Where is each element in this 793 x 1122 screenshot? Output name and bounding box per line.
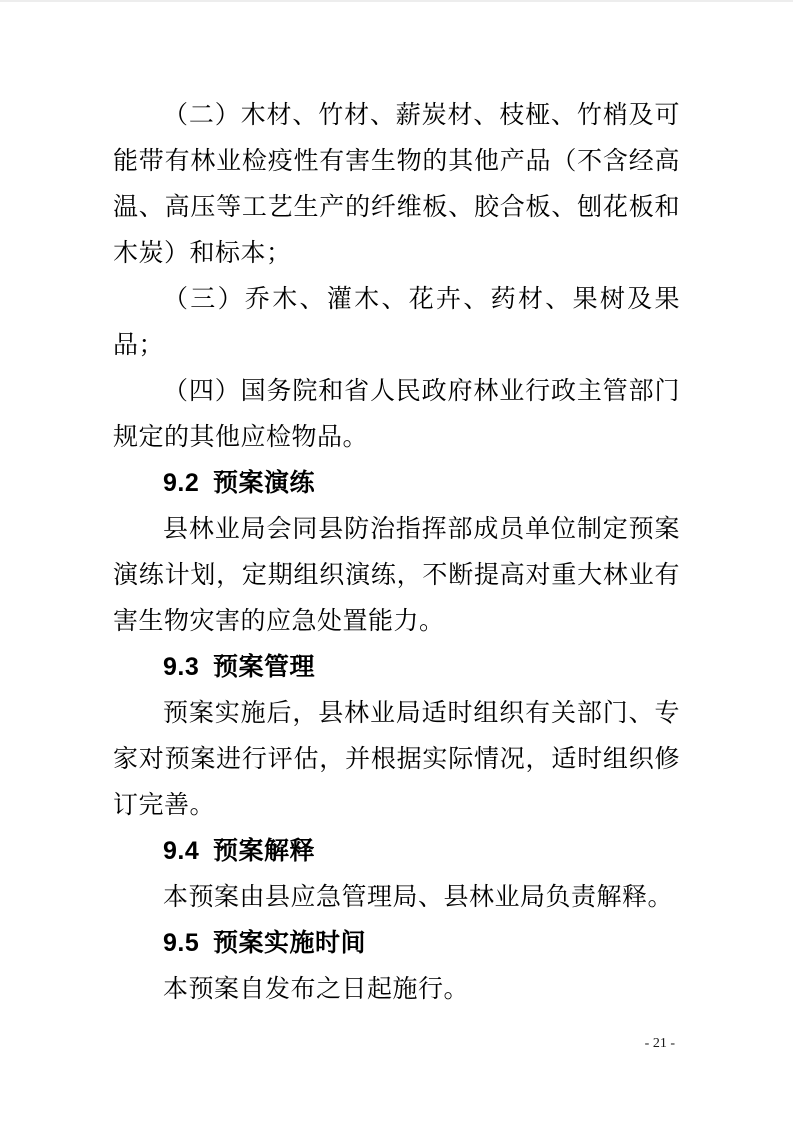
section-paragraph-9-5: 本预案自发布之日起施行。 bbox=[113, 966, 680, 1012]
section-title: 预案演练 bbox=[213, 469, 315, 497]
list-item-2: （二）木材、竹材、薪炭材、枝桠、竹梢及可能带有林业检疫性有害生物的其他产品（不含… bbox=[113, 92, 680, 276]
section-title: 预案解释 bbox=[213, 837, 315, 865]
section-heading-9-4: 9.4预案解释 bbox=[113, 828, 680, 874]
section-heading-9-2: 9.2预案演练 bbox=[113, 460, 680, 506]
list-item-4: （四）国务院和省人民政府林业行政主管部门规定的其他应检物品。 bbox=[113, 368, 680, 460]
section-paragraph-9-4: 本预案由县应急管理局、县林业局负责解释。 bbox=[113, 874, 680, 920]
list-item-3: （三）乔木、灌木、花卉、药材、果树及果品； bbox=[113, 276, 680, 368]
document-body: （二）木材、竹材、薪炭材、枝桠、竹梢及可能带有林业检疫性有害生物的其他产品（不含… bbox=[113, 92, 680, 1012]
section-number: 9.5 bbox=[163, 929, 199, 957]
section-paragraph-9-3: 预案实施后，县林业局适时组织有关部门、专家对预案进行评估，并根据实际情况，适时组… bbox=[113, 690, 680, 828]
document-page: （二）木材、竹材、薪炭材、枝桠、竹梢及可能带有林业检疫性有害生物的其他产品（不含… bbox=[0, 0, 793, 1122]
section-paragraph-9-2: 县林业局会同县防治指挥部成员单位制定预案演练计划，定期组织演练，不断提高对重大林… bbox=[113, 506, 680, 644]
section-heading-9-3: 9.3预案管理 bbox=[113, 644, 680, 690]
section-number: 9.2 bbox=[163, 469, 199, 497]
scan-edge-artifact bbox=[0, 0, 793, 2]
page-footer: - 21 - bbox=[645, 1035, 675, 1053]
page-number: - 21 - bbox=[645, 1036, 675, 1051]
section-title: 预案实施时间 bbox=[213, 929, 366, 957]
section-number: 9.3 bbox=[163, 653, 199, 681]
section-title: 预案管理 bbox=[213, 653, 315, 681]
section-number: 9.4 bbox=[163, 837, 199, 865]
section-heading-9-5: 9.5预案实施时间 bbox=[113, 920, 680, 966]
